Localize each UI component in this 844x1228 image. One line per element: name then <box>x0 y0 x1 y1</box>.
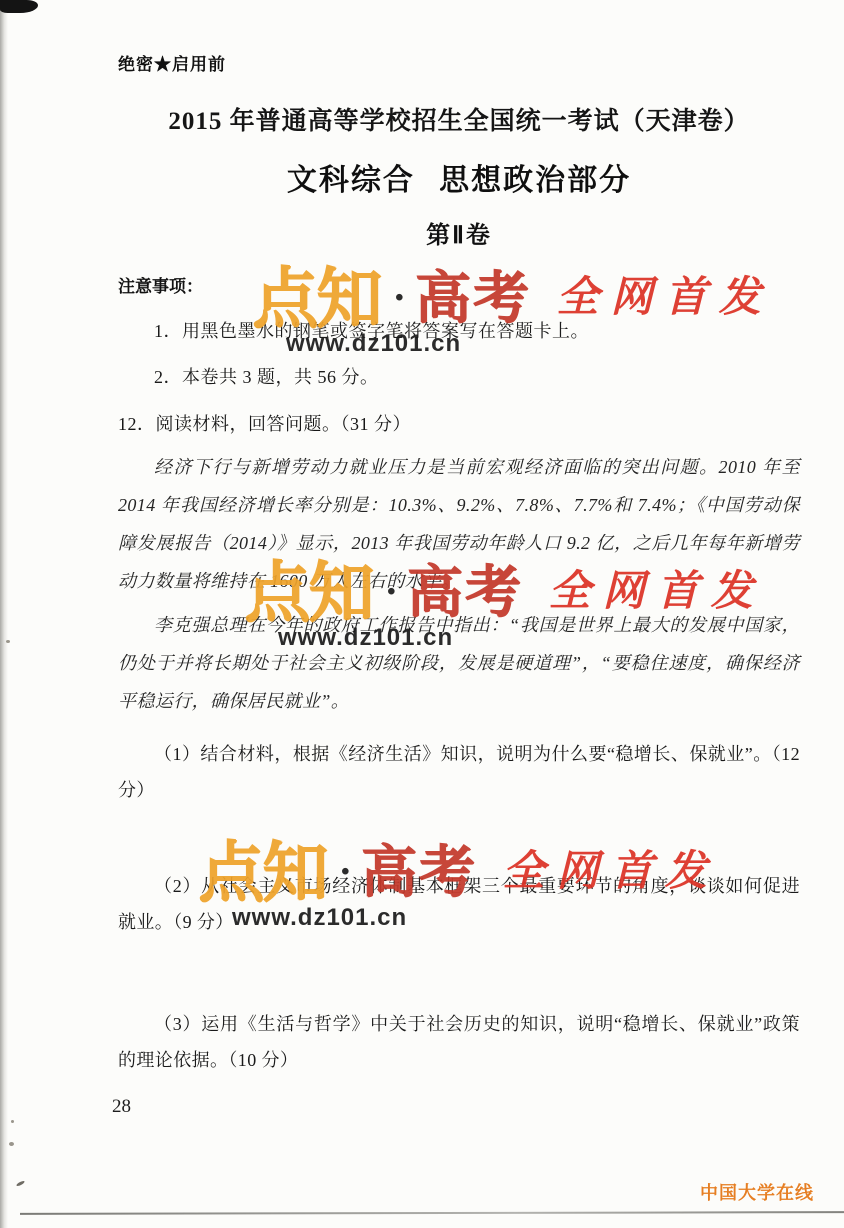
notice-heading: 注意事项： <box>118 272 800 297</box>
scan-speck <box>16 1180 25 1187</box>
sub-question-1: （1）结合材料，根据《经济生活》知识，说明为什么要“稳增长、保就业”。（12 分… <box>118 736 800 808</box>
sub-question-3: （3）运用《生活与哲学》中关于社会历史的知识，说明“稳增长、保就业”政策的理论依… <box>118 1006 800 1078</box>
section-name: 思想政治部分 <box>439 164 631 197</box>
scan-speck <box>9 1142 14 1146</box>
sub-question-2: （2）从社会主义市场经济体制基本框架三个最重要环节的角度，谈谈如何促进就业。（9… <box>118 868 800 940</box>
page-number: 28 <box>112 1096 131 1118</box>
site-brand-label: 中国大学在线 <box>700 1179 814 1205</box>
exam-title: 2015 年普通高等学校招生全国统一考试（天津卷） <box>118 101 800 137</box>
secrecy-label: 绝密★启用前 <box>118 50 800 75</box>
scan-speck <box>11 1120 14 1123</box>
question-material-paragraph-1: 经济下行与新增劳动力就业压力是当前宏观经济面临的突出问题。2010 年至 201… <box>118 448 800 600</box>
notice-item-2: 2．本卷共 3 题，共 56 分。 <box>118 363 800 389</box>
subject-name: 文科综合 <box>287 164 415 197</box>
notice-item-1: 1．用黑色墨水的钢笔或签字笔将答案写在答题卡上。 <box>118 317 800 343</box>
volume-heading: 第Ⅱ卷 <box>118 215 800 250</box>
exam-content: 绝密★启用前 2015 年普通高等学校招生全国统一考试（天津卷） 文科综合 思想… <box>0 0 844 1078</box>
question-material-paragraph-2: 李克强总理在今年的政府工作报告中指出：“我国是世界上最大的发展中国家，仍处于并将… <box>118 606 800 720</box>
exam-subtitle: 文科综合 思想政治部分 <box>118 155 800 199</box>
scan-bottom-edge <box>20 1211 844 1215</box>
scan-edge-shadow <box>0 0 8 1228</box>
scanned-exam-page: 绝密★启用前 2015 年普通高等学校招生全国统一考试（天津卷） 文科综合 思想… <box>0 0 844 1228</box>
question-12-header: 12．阅读材料，回答问题。（31 分） <box>118 410 800 436</box>
scan-speck <box>6 640 10 643</box>
